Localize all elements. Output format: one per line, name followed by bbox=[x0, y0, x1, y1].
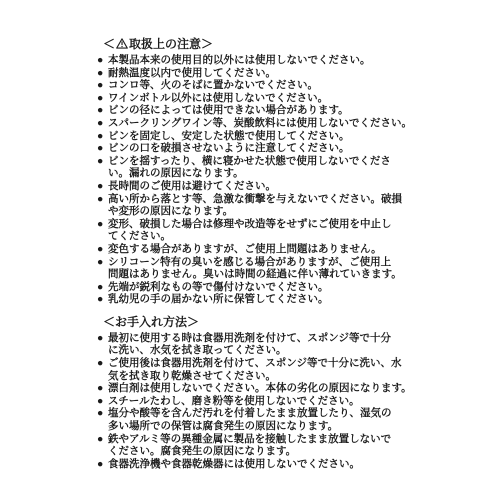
item-line-continuation: 問題はありません。臭いは時間の経過に伴い薄れていきます。 bbox=[97, 268, 427, 281]
warning-icon bbox=[116, 38, 128, 49]
section-care-instructions: ＜お手入れ方法＞ ●最初に使用する時は食器用洗剤を付けて、スポンジ等で十分に洗い… bbox=[97, 315, 427, 471]
list-item: ●変色する場合がありますが、ご使用上問題はありません。 bbox=[97, 243, 427, 256]
bullet-icon: ● bbox=[97, 458, 108, 471]
bullet-icon: ● bbox=[97, 54, 108, 67]
item-line: ●最初に使用する時は食器用洗剤を付けて、スポンジ等で十分 bbox=[97, 332, 427, 345]
item-line: ●ビンを揺すったり、横に寝かせた状態で使用しないでくださ bbox=[97, 155, 427, 168]
list-item: ●耐熱温度以内で使用してください。 bbox=[97, 67, 427, 80]
item-line: ●スパークリングワイン等、炭酸飲料には使用しないでください。 bbox=[97, 117, 427, 130]
bullet-icon: ● bbox=[97, 218, 108, 231]
list-item: ●ビンを揺すったり、横に寝かせた状態で使用しないでください。漏れの原因になります… bbox=[97, 155, 427, 180]
precaution-list: ●本製品本来の使用目的以外には使用しないでください。●耐熱温度以内で使用してくだ… bbox=[97, 54, 427, 306]
item-line: ●乳幼児の手の届かない所に保管してください。 bbox=[97, 293, 427, 306]
item-line: ●スチールたわし、磨き粉等を使用しないでください。 bbox=[97, 395, 427, 408]
list-item: ●本製品本来の使用目的以外には使用しないでください。 bbox=[97, 54, 427, 67]
item-line-continuation: に洗い、水気を拭き取ってください。 bbox=[97, 344, 427, 357]
item-line: ●塩分や酸等を含んだ汚れを付着したまま放置したり、湿気の bbox=[97, 407, 427, 420]
heading-label: お手入れ方法 bbox=[115, 315, 187, 329]
bullet-icon: ● bbox=[97, 407, 108, 420]
list-item: ●ビンの口を破損させないように注意してください。 bbox=[97, 142, 427, 155]
bullet-icon: ● bbox=[97, 180, 108, 193]
item-line-continuation: い。漏れの原因になります。 bbox=[97, 167, 427, 180]
item-line: ●コンロ等、火のそばに置かないでください。 bbox=[97, 79, 427, 92]
bullet-icon: ● bbox=[97, 130, 108, 143]
bullet-icon: ● bbox=[97, 155, 108, 168]
bullet-icon: ● bbox=[97, 382, 108, 395]
item-line: ●ビンの口を破損させないように注意してください。 bbox=[97, 142, 427, 155]
heading-open-bracket: ＜ bbox=[103, 37, 115, 51]
bullet-icon: ● bbox=[97, 142, 108, 155]
list-item: ●スチールたわし、磨き粉等を使用しないでください。 bbox=[97, 395, 427, 408]
list-item: ●長時間のご使用は避けてください。 bbox=[97, 180, 427, 193]
list-item: ●先端が鋭利なもの等で傷付けないでください。 bbox=[97, 281, 427, 294]
heading-label: 取扱上の注意 bbox=[129, 37, 201, 51]
item-line: ●シリコーン特有の臭いを感じる場合がありますが、ご使用上 bbox=[97, 256, 427, 269]
list-item: ●スパークリングワイン等、炭酸飲料には使用しないでください。 bbox=[97, 117, 427, 130]
list-item: ●高い所から落とす等、急激な衝撃を与えないでください。破損や変形の原因になります… bbox=[97, 193, 427, 218]
list-item: ●シリコーン特有の臭いを感じる場合がありますが、ご使用上問題はありません。臭いは… bbox=[97, 256, 427, 281]
list-item: ●コンロ等、火のそばに置かないでください。 bbox=[97, 79, 427, 92]
item-line: ●先端が鋭利なもの等で傷付けないでください。 bbox=[97, 281, 427, 294]
bullet-icon: ● bbox=[97, 256, 108, 269]
list-item: ●塩分や酸等を含んだ汚れを付着したまま放置したり、湿気の多い場所での保管は腐食発… bbox=[97, 407, 427, 432]
list-item: ●ビンを固定し、安定した状態で使用してください。 bbox=[97, 130, 427, 143]
bullet-icon: ● bbox=[97, 92, 108, 105]
care-list: ●最初に使用する時は食器用洗剤を付けて、スポンジ等で十分に洗い、水気を拭き取って… bbox=[97, 332, 427, 471]
bullet-icon: ● bbox=[97, 67, 108, 80]
bullet-icon: ● bbox=[97, 357, 108, 370]
item-line: ●耐熱温度以内で使用してください。 bbox=[97, 67, 427, 80]
list-item: ●鉄やアルミ等の異種金属に製品を接触したまま放置しないでください。腐食発生の原因… bbox=[97, 433, 427, 458]
item-line: ●鉄やアルミ等の異種金属に製品を接触したまま放置しないで bbox=[97, 433, 427, 446]
item-line: ●ビンを固定し、安定した状態で使用してください。 bbox=[97, 130, 427, 143]
heading-open-bracket: ＜ bbox=[103, 315, 115, 329]
section-heading-care: ＜お手入れ方法＞ bbox=[97, 315, 427, 330]
list-item: ●ビンの径によっては使用できない場合があります。 bbox=[97, 104, 427, 117]
list-item: ●食器洗浄機や食器乾燥器には使用しないでください。 bbox=[97, 458, 427, 471]
instruction-sheet: ＜取扱上の注意＞ ●本製品本来の使用目的以外には使用しないでください。●耐熱温度… bbox=[97, 37, 427, 470]
bullet-icon: ● bbox=[97, 281, 108, 294]
heading-close-bracket: ＞ bbox=[187, 315, 199, 329]
item-line-continuation: や変形の原因になります。 bbox=[97, 205, 427, 218]
item-line: ●ビンの径によっては使用できない場合があります。 bbox=[97, 104, 427, 117]
item-line: ●高い所から落とす等、急激な衝撃を与えないでください。破損 bbox=[97, 193, 427, 206]
bullet-icon: ● bbox=[97, 332, 108, 345]
bullet-icon: ● bbox=[97, 79, 108, 92]
heading-close-bracket: ＞ bbox=[201, 37, 213, 51]
bullet-icon: ● bbox=[97, 117, 108, 130]
item-line: ●漂白剤は使用しないでください。本体の劣化の原因になります。 bbox=[97, 382, 427, 395]
list-item: ●ご使用後は食器用洗剤を付けて、スポンジ等で十分に洗い、水気を拭き取り乾燥させて… bbox=[97, 357, 427, 382]
item-line-continuation: てください。 bbox=[97, 230, 427, 243]
section-handling-precautions: ＜取扱上の注意＞ ●本製品本来の使用目的以外には使用しないでください。●耐熱温度… bbox=[97, 37, 427, 306]
item-line-continuation: ください。腐食発生の原因になります。 bbox=[97, 445, 427, 458]
bullet-icon: ● bbox=[97, 433, 108, 446]
list-item: ●最初に使用する時は食器用洗剤を付けて、スポンジ等で十分に洗い、水気を拭き取って… bbox=[97, 332, 427, 357]
bullet-icon: ● bbox=[97, 395, 108, 408]
item-line: ●ワインボトル以外には使用しないでください。 bbox=[97, 92, 427, 105]
item-line: ●食器洗浄機や食器乾燥器には使用しないでください。 bbox=[97, 458, 427, 471]
item-line-continuation: 多い場所での保管は腐食発生の原因になります。 bbox=[97, 420, 427, 433]
bullet-icon: ● bbox=[97, 243, 108, 256]
item-line: ●変色する場合がありますが、ご使用上問題はありません。 bbox=[97, 243, 427, 256]
bullet-icon: ● bbox=[97, 293, 108, 306]
list-item: ●ワインボトル以外には使用しないでください。 bbox=[97, 92, 427, 105]
item-line: ●本製品本来の使用目的以外には使用しないでください。 bbox=[97, 54, 427, 67]
list-item: ●変形、破損した場合は修理や改造等をせずにご使用を中止してください。 bbox=[97, 218, 427, 243]
list-item: ●乳幼児の手の届かない所に保管してください。 bbox=[97, 293, 427, 306]
bullet-icon: ● bbox=[97, 104, 108, 117]
section-heading-precautions: ＜取扱上の注意＞ bbox=[97, 37, 427, 52]
bullet-icon: ● bbox=[97, 193, 108, 206]
item-line-continuation: 気を拭き取り乾燥させてください。 bbox=[97, 370, 427, 383]
list-item: ●漂白剤は使用しないでください。本体の劣化の原因になります。 bbox=[97, 382, 427, 395]
item-line: ●長時間のご使用は避けてください。 bbox=[97, 180, 427, 193]
item-line: ●ご使用後は食器用洗剤を付けて、スポンジ等で十分に洗い、水 bbox=[97, 357, 427, 370]
item-line: ●変形、破損した場合は修理や改造等をせずにご使用を中止し bbox=[97, 218, 427, 231]
